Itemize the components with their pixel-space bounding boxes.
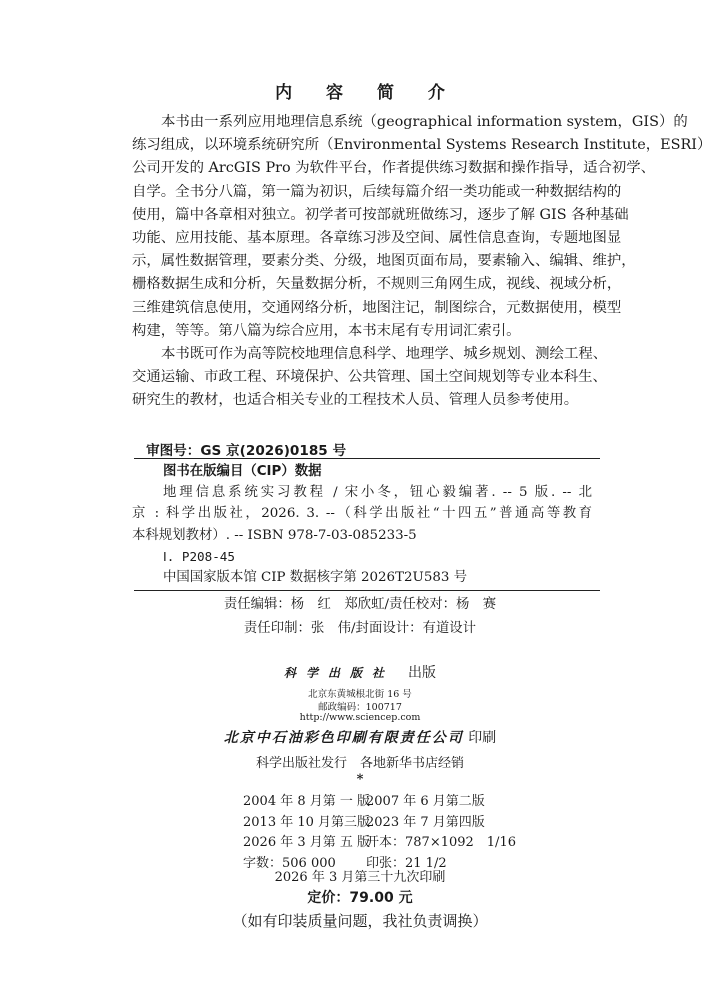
publisher-postcode: 邮政编码：100717: [0, 699, 720, 713]
intro-line: 本书由一系列应用地理信息系统（geographical information …: [132, 111, 606, 134]
publisher-suffix: 出版: [408, 665, 436, 681]
printer-suffix: 印刷: [468, 730, 496, 746]
cip-verification: 中国国家版本馆 CIP 数据核字第 2026T2U583 号: [132, 567, 592, 588]
printing-info: 2026 年 3 月第三十九次印刷: [0, 866, 720, 885]
intro-line: 功能、应用技能、基本原理。各章练习涉及空间、属性信息查询，专题地图显: [132, 227, 606, 250]
intro-line: 构建，等等。第八篇为综合应用，本书末尾有专用词汇索引。: [132, 320, 606, 343]
divider-rule: [134, 590, 600, 591]
book-introduction: 本书由一系列应用地理信息系统（geographical information …: [132, 111, 606, 412]
divider-rule: [134, 458, 600, 459]
publisher-url: http://www.sciencep.com: [0, 712, 720, 723]
intro-line: 自学。全书分八篇，第一篇为初识，后续每篇介绍一类功能或一种数据结构的: [132, 181, 606, 204]
intro-line: 研究生的教材，也适合相关专业的工程技术人员、管理人员参考使用。: [132, 389, 606, 412]
map-review-number: 审图号：GS 京(2026)0185 号: [146, 439, 346, 459]
intro-line: 本书既可作为高等院校地理信息科学、地理学、城乡规划、测绘工程、: [132, 343, 606, 366]
cip-record-line: 京 : 科学出版社，2026. 3. --（科学出版社“十四五”普通高等教育: [132, 503, 592, 524]
intro-line: 使用，篇中各章相对独立。初学者可按部就班做练习，逐步了解 GIS 各种基础: [132, 204, 606, 227]
printer-line: 北京中石油彩色印刷有限责任公司 印刷: [0, 727, 720, 747]
intro-line: 交通运输、市政工程、环境保护、公共管理、国土空间规划等专业本科生、: [132, 366, 606, 389]
cip-heading: 图书在版编目（CIP）数据: [132, 461, 592, 482]
production-credits: 责任印制：张 伟/封面设计：有道设计: [0, 617, 720, 636]
publisher-address: 北京东黄城根北街 16 号: [0, 686, 720, 700]
quality-notice: （如有印装质量问题，我社负责调换）: [0, 910, 720, 931]
distribution-line: 科学出版社发行 各地新华书店经销: [0, 752, 720, 771]
edition-cell: 2026 年 3 月第 五 版: [243, 833, 370, 854]
cip-data-block: 图书在版编目（CIP）数据 地理信息系统实习教程 / 宋小冬，钮心毅编著. --…: [132, 461, 592, 588]
edition-cell: 2004 年 8 月第 一 版: [243, 792, 370, 813]
edition-cell: 2007 年 6 月第二版: [366, 792, 485, 813]
cip-classification: Ⅰ. P208-45: [132, 546, 592, 567]
intro-line: 栅格数据生成和分析，矢量数据分析，不规则三角网生成，视线、视域分析，: [132, 273, 606, 296]
separator-star: *: [0, 772, 720, 787]
publisher-logo-text: 科学出版社: [284, 666, 394, 680]
cip-record-line: 本科规划教材）. -- ISBN 978-7-03-085233-5: [132, 525, 592, 546]
edition-cell: 2013 年 10 月第三版: [243, 813, 370, 834]
publisher-line: 科学出版社 出版: [0, 662, 720, 682]
page-title: 内 容 简 介: [0, 78, 720, 103]
intro-line: 三维建筑信息使用，交通网络分析，地图注记，制图综合，元数据使用，模型: [132, 297, 606, 320]
format-cell: 开本：787×1092 1/16: [366, 833, 516, 854]
price: 定价：79.00 元: [0, 887, 720, 907]
cip-record-line: 地理信息系统实习教程 / 宋小冬，钮心毅编著. -- 5 版. -- 北: [132, 482, 592, 503]
editor-credits: 责任编辑：杨 红 郑欣虹/责任校对：杨 赛: [0, 593, 720, 612]
intro-line: 公司开发的 ArcGIS Pro 为软件平台，作者提供练习数据和操作指导，适合初…: [132, 157, 606, 180]
printer-name: 北京中石油彩色印刷有限责任公司: [224, 730, 464, 746]
edition-cell: 2023 年 7 月第四版: [366, 813, 485, 834]
intro-line: 练习组成，以环境系统研究所（Environmental Systems Rese…: [132, 134, 606, 157]
copyright-page: 内 容 简 介 本书由一系列应用地理信息系统（geographical info…: [0, 0, 720, 1000]
intro-line: 示，属性数据管理，要素分类、分级，地图页面布局，要素输入、编辑、维护，: [132, 250, 606, 273]
